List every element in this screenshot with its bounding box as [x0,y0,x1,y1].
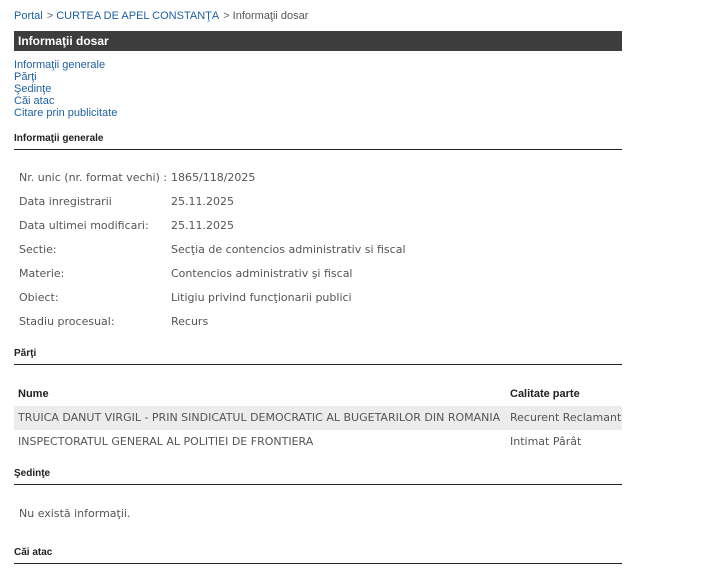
info-value: Litigiu privind funcţionarii publici [171,286,352,310]
info-label: Data inregistrarii [19,190,171,214]
column-header-nume: Nume [14,382,510,406]
info-row-nr-unic: Nr. unic (nr. format vechi) : 1865/118/2… [19,166,406,190]
breadcrumb-current: Informaţii dosar [233,10,309,22]
breadcrumb: Portal>CURTEA DE APEL CONSTANŢA>Informaţ… [14,10,308,22]
info-row-stadiu: Stadiu procesual: Recurs [19,310,406,334]
nav-link-citare-publicitate[interactable]: Citare prin publicitate [14,107,117,119]
section-navigation: Informaţii generale Părţi Şedinţe Căi at… [14,59,117,119]
info-value: Contencios administrativ şi fiscal [171,262,353,286]
party-role: Recurent Reclamant [510,406,621,430]
info-value: 25.11.2025 [171,190,234,214]
table-row: INSPECTORATUL GENERAL AL POLITIEI DE FRO… [14,430,622,454]
parti-table-header: Nume Calitate parte [14,382,622,406]
party-name: TRUICA DANUT VIRGIL - PRIN SINDICATUL DE… [14,406,510,430]
breadcrumb-court-link[interactable]: CURTEA DE APEL CONSTANŢA [56,10,219,22]
info-label: Sectie: [19,238,171,262]
info-row-materie: Materie: Contencios administrativ şi fis… [19,262,406,286]
info-value: 25.11.2025 [171,214,234,238]
party-name: INSPECTORATUL GENERAL AL POLITIEI DE FRO… [14,430,510,454]
info-row-sectie: Sectie: Secţia de contencios administrat… [19,238,406,262]
section-heading-cai-atac: Căi atac [14,547,622,564]
section-heading-parti: Părţi [14,348,622,365]
breadcrumb-portal-link[interactable]: Portal [14,10,43,22]
page-title: Informaţii dosar [14,31,622,51]
info-row-obiect: Obiect: Litigiu privind funcţionarii pub… [19,286,406,310]
info-label: Obiect: [19,286,171,310]
breadcrumb-separator: > [223,10,229,22]
info-label: Data ultimei modificari: [19,214,171,238]
info-row-data-modificari: Data ultimei modificari: 25.11.2025 [19,214,406,238]
breadcrumb-separator: > [47,10,53,22]
column-header-calitate: Calitate parte [510,382,580,406]
sedinte-empty-message: Nu există informaţii. [19,507,130,520]
nav-link-parti[interactable]: Părţi [14,71,117,83]
info-label: Materie: [19,262,171,286]
nav-link-general-info[interactable]: Informaţii generale [14,59,117,71]
info-row-data-inregistrarii: Data inregistrarii 25.11.2025 [19,190,406,214]
nav-link-cai-atac[interactable]: Căi atac [14,95,117,107]
info-value: Secţia de contencios administrativ si fi… [171,238,406,262]
info-value: Recurs [171,310,208,334]
party-role: Intimat Pârât [510,430,581,454]
table-row: TRUICA DANUT VIRGIL - PRIN SINDICATUL DE… [14,406,622,430]
section-heading-sedinte: Şedinţe [14,468,622,485]
nav-link-sedinte[interactable]: Şedinţe [14,83,117,95]
parti-table: Nume Calitate parte TRUICA DANUT VIRGIL … [14,382,622,454]
general-info-table: Nr. unic (nr. format vechi) : 1865/118/2… [19,166,406,334]
info-value: 1865/118/2025 [171,166,255,190]
info-label: Nr. unic (nr. format vechi) : [19,166,171,190]
section-heading-general-info: Informaţii generale [14,133,622,150]
info-label: Stadiu procesual: [19,310,171,334]
